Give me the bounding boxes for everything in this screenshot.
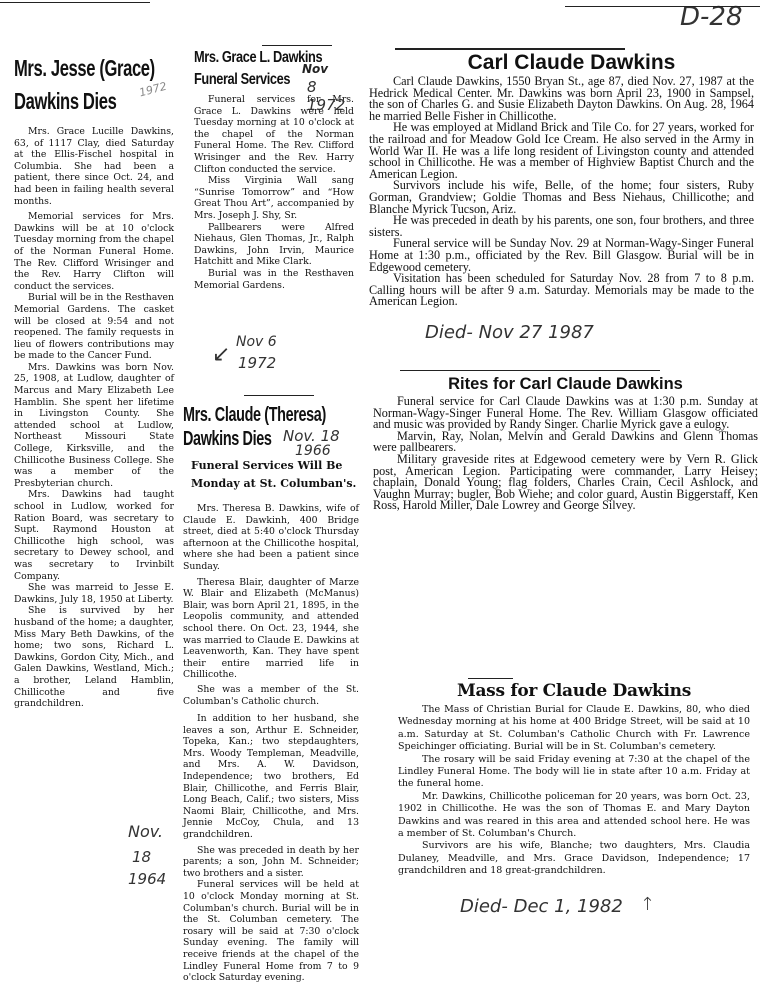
paragraph: Marvin, Ray, Nolan, Melvin and Gerald Da… [373, 431, 758, 454]
handwritten-insert: Nov [302, 62, 328, 76]
paragraph: Mr. Dawkins, Chillicothe policeman for 2… [398, 791, 750, 841]
article-body: Mrs. Grace Lucille Dawkins, 63, of 1117 … [14, 126, 174, 710]
clipping-grace-funeral: Mrs. Grace L. Dawkins Funeral Services N… [194, 48, 354, 291]
paragraph: Pallbearers were Alfred Niehaus, Glen Th… [194, 222, 354, 268]
article-body: The Mass of Christian Burial for Claude … [398, 704, 750, 878]
handwritten-margin-1: Nov. [128, 822, 163, 841]
handwritten-death-date: Died- Dec 1, 1982 [460, 896, 623, 917]
clipping-grace-dies: Mrs. Jesse (Grace) Dawkins Dies 1972 Mrs… [14, 55, 174, 710]
paragraph: Burial was in the Resthaven Memorial Gar… [194, 268, 354, 291]
top-rule-left [0, 2, 150, 3]
paragraph: He was preceded in death by his parents,… [369, 215, 754, 238]
paragraph: Miss Virginia Wall sang “Sunrise Tomorro… [194, 175, 354, 221]
handwritten-margin-3: 1964 [128, 870, 166, 888]
headline: Mass for Claude Dawkins [398, 678, 750, 704]
paragraph: Funeral services will be held at 10 o'cl… [183, 879, 359, 983]
divider [244, 395, 314, 396]
paragraph: The Mass of Christian Burial for Claude … [398, 704, 750, 754]
paragraph: Mrs. Dawkins had taught school in Ludlow… [14, 489, 174, 582]
paragraph: Visitation has been scheduled for Saturd… [369, 273, 754, 308]
paragraph: She was preceded in death by her parents… [183, 845, 359, 880]
paragraph: Memorial services for Mrs. Dawkins will … [14, 211, 174, 292]
paragraph: Military graveside rites at Edgewood cem… [373, 454, 758, 512]
handwritten-date: 8 1972 [307, 78, 354, 114]
handwritten-note-2: 1972 [238, 354, 276, 372]
top-rule-right [565, 6, 760, 7]
divider [262, 45, 332, 46]
article-body: Carl Claude Dawkins, 1550 Bryan St., age… [369, 76, 754, 308]
handwritten-arrow: ↙ [212, 342, 230, 367]
paragraph: She is survived by her husband of the ho… [14, 605, 174, 709]
paragraph: Theresa Blair, daughter of Marze W. Blai… [183, 577, 359, 681]
clipping-claude-mass: Mass for Claude Dawkins The Mass of Chri… [398, 678, 750, 878]
subheadline: Funeral Services Will Be Monday at St. C… [191, 457, 359, 493]
paragraph: The rosary will be said Friday evening a… [398, 754, 750, 791]
clipping-theresa-dies: Mrs. Claude (Theresa) Dawkins Dies Nov. … [183, 403, 359, 984]
article-body: Funeral service for Carl Claude Dawkins … [373, 396, 758, 512]
paragraph: Carl Claude Dawkins, 1550 Bryan St., age… [369, 76, 754, 122]
handwritten-arrow: ↑ [640, 894, 655, 915]
handwritten-date-2: 1966 [295, 443, 331, 459]
divider [400, 370, 660, 371]
headline: Carl Claude Dawkins [389, 50, 754, 76]
paragraph: Mrs. Theresa B. Dawkins, wife of Claude … [183, 503, 359, 573]
paragraph: Funeral service will be Sunday Nov. 29 a… [369, 238, 754, 273]
paragraph: Funeral service for Carl Claude Dawkins … [373, 396, 758, 431]
handwritten-note-1: Nov 6 [236, 334, 277, 350]
paragraph: She was marreid to Jesse E. Dawkins, Jul… [14, 582, 174, 605]
paragraph: Burial will be in the Resthaven Memorial… [14, 292, 174, 362]
paragraph: She was a member of the St. Columban's C… [183, 684, 359, 707]
paragraph: Mrs. Grace Lucille Dawkins, 63, of 1117 … [14, 126, 174, 207]
clipping-carl-rites: Rites for Carl Claude Dawkins Funeral se… [373, 373, 758, 512]
paragraph: Mrs. Dawkins was born Nov. 25, 1908, at … [14, 362, 174, 490]
handwritten-margin-2: 18 [132, 848, 151, 866]
article-body: Funeral services for Mrs. Grace L. Dawki… [194, 94, 354, 291]
clipping-carl-obituary: Carl Claude Dawkins Carl Claude Dawkins,… [369, 50, 754, 308]
headline: Rites for Carl Claude Dawkins [373, 373, 758, 395]
paragraph: Survivors include his wife, Belle, of th… [369, 180, 754, 215]
article-body: Mrs. Theresa B. Dawkins, wife of Claude … [183, 503, 359, 984]
paragraph: Survivors are his wife, Blanche; two dau… [398, 840, 750, 877]
handwritten-death-date: Died- Nov 27 1987 [425, 322, 594, 343]
paragraph: He was employed at Midland Brick and Til… [369, 122, 754, 180]
paragraph: In addition to her husband, she leaves a… [183, 713, 359, 841]
